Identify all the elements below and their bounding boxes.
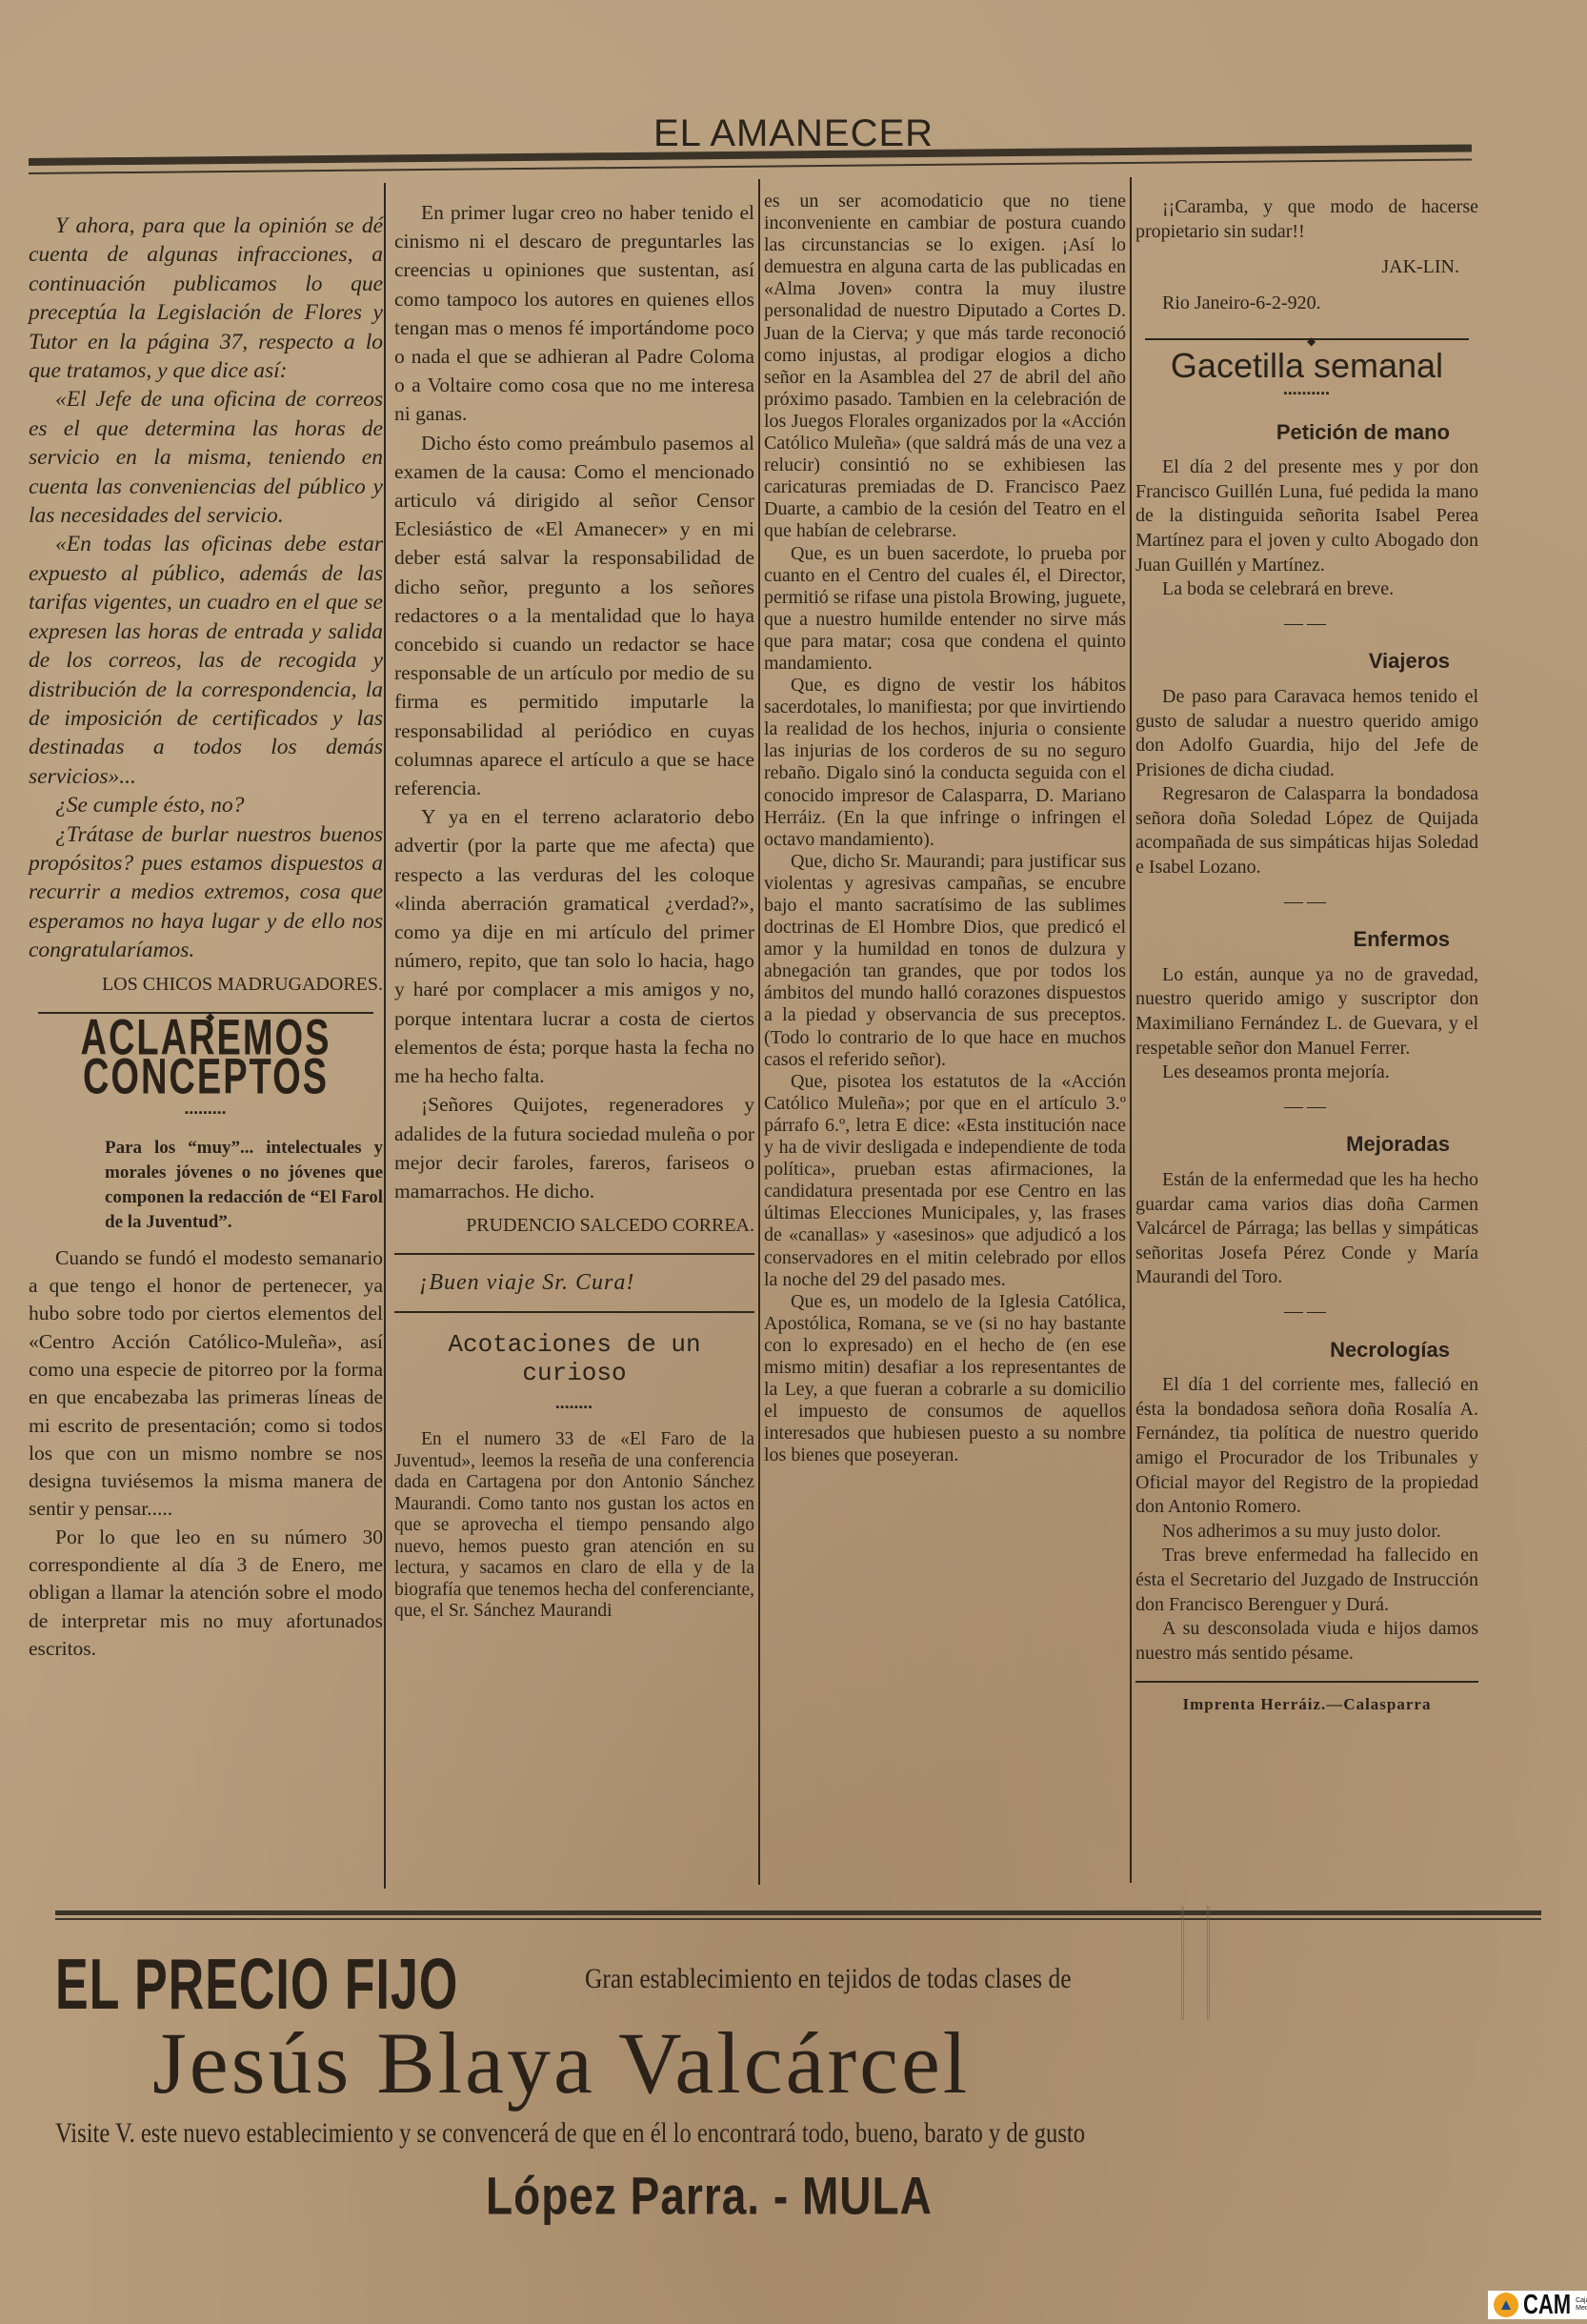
- paragraph: Que, dicho Sr. Maurandi; para justificar…: [764, 851, 1126, 1071]
- item-heading: Necrologías: [1135, 1338, 1478, 1363]
- paragraph: Regresaron de Calasparra la bondadosa se…: [1135, 782, 1478, 879]
- paragraph: Lo están, aunque ya no de gravedad, nues…: [1135, 963, 1478, 1061]
- paragraph: Dicho ésto como preámbulo pasemos al exa…: [394, 429, 754, 803]
- news-item-mejoradas: Mejoradas Están de la enfermedad que les…: [1135, 1132, 1478, 1290]
- divider: [394, 1311, 754, 1313]
- printer-credit: Imprenta Herráiz.—Calasparra: [1135, 1692, 1478, 1717]
- news-item-necrologias: Necrologías El día 1 del corriente mes, …: [1135, 1338, 1478, 1667]
- dash-divider: ——: [1135, 890, 1478, 915]
- paragraph: Por lo que leo en su número 30 correspon…: [29, 1524, 383, 1663]
- cam-logo-icon: [1494, 2293, 1518, 2317]
- article-aclaremos: ACLAREMOS CONCEPTOS ▪▪▪▪▪▪▪▪▪ Para los “…: [29, 1031, 383, 1663]
- ad-top-rule: [55, 1910, 1541, 1915]
- dash-divider: ——: [1135, 1095, 1478, 1120]
- paragraph: Que, pisotea los estatutos de la «Acción…: [764, 1071, 1126, 1291]
- paragraph: Y ya en el terreno aclaratorio debo adve…: [394, 802, 754, 1090]
- divider-ornament: [1145, 338, 1469, 340]
- column-3: es un ser acomodaticio que no tiene inco…: [764, 191, 1126, 1466]
- article-title: ACLAREMOS CONCEPTOS: [29, 1020, 383, 1098]
- divider: [394, 1253, 754, 1255]
- cam-logo-box: CAM Caja Mediterráneo: [1488, 2291, 1587, 2319]
- dedication: Para los “muy”... intelectuales y morale…: [29, 1136, 383, 1235]
- paragraph: Nos adherimos a su muy justo dolor.: [1135, 1520, 1478, 1545]
- cam-sub-line-1: Caja: [1576, 2297, 1587, 2304]
- paragraph: De paso para Caravaca hemos tenido el gu…: [1135, 685, 1478, 782]
- dateline: Rio Janeiro-6-2-920.: [1135, 292, 1478, 316]
- ad-visit-line: Visite V. este nuevo establecimiento y s…: [55, 2117, 1085, 2150]
- news-item-enfermos: Enfermos Lo están, aunque ya no de grave…: [1135, 927, 1478, 1085]
- paragraph: En primer lugar creo no haber tenido el …: [394, 198, 754, 429]
- cam-sub-line-2: Mediterráneo: [1576, 2305, 1587, 2312]
- dash-divider: ——: [1135, 1300, 1478, 1324]
- paragraph: La boda se celebrará en breve.: [1135, 577, 1478, 602]
- ad-top-rule-thin: [55, 1918, 1541, 1920]
- paragraph: ¿Se cumple ésto, no?: [29, 791, 383, 819]
- article-post-office: Y ahora, para que la opinión se dé cuent…: [29, 212, 383, 965]
- cam-logo-text: CAM: [1523, 2289, 1571, 2321]
- paragraph: Que es, un modelo de la Iglesia Católica…: [764, 1291, 1126, 1467]
- ad-address: López Parra. - MULA: [486, 2165, 933, 2227]
- column-divider: [758, 179, 760, 1885]
- paragraph: El día 1 del corriente mes, falleció en …: [1135, 1373, 1478, 1520]
- signature: LOS CHICOS MADRUGADORES.: [29, 971, 383, 999]
- paragraph: «El Jefe de una oficina de correos es el…: [29, 385, 383, 530]
- paragraph: «En todas las oficinas debe estar expues…: [29, 530, 383, 791]
- news-item-peticion: Petición de mano El día 2 del presente m…: [1135, 420, 1478, 602]
- column-2: En primer lugar creo no haber tenido el …: [394, 198, 754, 1623]
- divider: [1135, 1681, 1478, 1683]
- paragraph: Tras breve enfermedad ha fallecido en és…: [1135, 1544, 1478, 1617]
- paragraph: Cuando se fundó el modesto semanario a q…: [29, 1244, 383, 1524]
- column-4: ¡¡Caramba, y que modo de hacerse propiet…: [1135, 195, 1478, 1717]
- column-divider: [1130, 177, 1132, 1883]
- item-heading: Mejoradas: [1135, 1132, 1478, 1157]
- signature: JAK-LIN.: [1135, 255, 1478, 280]
- section-title: Gacetilla semanal: [1135, 354, 1478, 378]
- ornament: ▪▪▪▪▪▪▪▪: [394, 1393, 754, 1422]
- ornament: ▪▪▪▪▪▪▪▪▪▪: [1135, 382, 1478, 407]
- paragraph: Que, es digno de vestir los hábitos sace…: [764, 675, 1126, 851]
- item-heading: Viajeros: [1135, 649, 1478, 674]
- item-heading: Petición de mano: [1135, 420, 1478, 445]
- paragraph: En el numero 33 de «El Faro de la Juvent…: [394, 1429, 754, 1623]
- paragraph: ¿Trátase de burlar nuestros buenos propó…: [29, 820, 383, 965]
- paragraph: El día 2 del presente mes y por don Fran…: [1135, 455, 1478, 577]
- news-item-viajeros: Viajeros De paso para Caravaca hemos ten…: [1135, 649, 1478, 879]
- paragraph: es un ser acomodaticio que no tiene inco…: [764, 191, 1126, 543]
- buen-viaje-heading: ¡Buen viaje Sr. Cura!: [394, 1268, 754, 1297]
- paragraph: ¡Señores Quijotes, regeneradores y adali…: [394, 1090, 754, 1205]
- column-divider: [384, 183, 386, 1889]
- article-title: Acotaciones de un curioso: [394, 1330, 754, 1387]
- signature: PRUDENCIO SALCEDO CORREA.: [394, 1211, 754, 1240]
- column-1: Y ahora, para que la opinión se dé cuent…: [29, 212, 383, 1663]
- paragraph: ¡¡Caramba, y que modo de hacerse propiet…: [1135, 195, 1478, 244]
- paragraph: Les deseamos pronta mejoría.: [1135, 1061, 1478, 1085]
- item-heading: Enfermos: [1135, 927, 1478, 952]
- paragraph: Y ahora, para que la opinión se dé cuent…: [29, 212, 383, 385]
- ad-tagline: Gran establecimiento en tejidos de todas…: [585, 1963, 1072, 1995]
- cam-logo: CAM Caja Mediterráneo: [1488, 2291, 1587, 2319]
- paragraph: A su desconsolada viuda e hijos damos nu…: [1135, 1617, 1478, 1666]
- ad-owner-name: Jesús Blaya Valcárcel: [152, 2012, 970, 2113]
- cam-logo-subtitle: Caja Mediterráneo: [1576, 2297, 1587, 2313]
- paragraph: Que, es un buen sacerdote, lo prueba por…: [764, 543, 1126, 676]
- dash-divider: ——: [1135, 612, 1478, 637]
- ad-frame-ornament: [1181, 1906, 1210, 2020]
- paragraph: Están de la enfermedad que les ha hecho …: [1135, 1168, 1478, 1290]
